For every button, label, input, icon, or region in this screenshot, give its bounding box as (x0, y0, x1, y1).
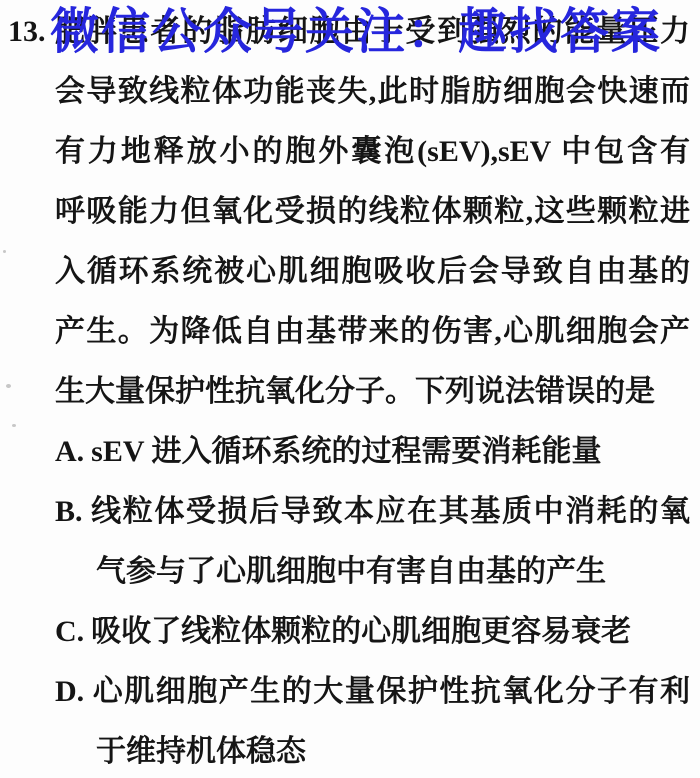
option-c-label: C. (55, 615, 84, 648)
option-b-row: B.线粒体受损后导致本应在其基质中消耗的氧 (0, 482, 700, 542)
option-b-text: 线粒体受损后导致本应在其基质中消耗的氧 (90, 495, 690, 528)
option-d-label: D. (55, 675, 84, 708)
option-d-text: 心肌细胞产生的大量保护性抗氧化分子有利 (91, 675, 690, 708)
stem-line-text: 产生。为降低自由基带来的伤害,心肌细胞会产 (55, 315, 690, 348)
stem-line-text: 有力地释放小的胞外囊泡(sEV),sEV 中包含有 (55, 135, 690, 168)
stem-line-text: 入循环系统被心肌细胞吸收后会导致自由基的 (55, 255, 690, 288)
stem-line: 生大量保护性抗氧化分子。下列说法错误的是 (0, 362, 700, 422)
option-c-row: C.吸收了线粒体颗粒的心肌细胞更容易衰老 (0, 602, 700, 662)
stem-line: 产生。为降低自由基带来的伤害,心肌细胞会产 (0, 302, 700, 362)
option-a-label: A. (55, 435, 84, 468)
exam-scan-page: 微信公众号关注：趣找答案 13. 肥胖患者的脂肪细胞由于受到强烈的能量压力 会导… (0, 0, 700, 778)
option-a-row: A.sEV 进入循环系统的过程需要消耗能量 (0, 422, 700, 482)
option-b-label: B. (55, 495, 83, 528)
stem-line: 有力地释放小的胞外囊泡(sEV),sEV 中包含有 (0, 122, 700, 182)
stem-line-text: 生大量保护性抗氧化分子。下列说法错误的是 (55, 375, 655, 408)
stem-line: 入循环系统被心肌细胞吸收后会导致自由基的 (0, 242, 700, 302)
watermark-text: 微信公众号关注：趣找答案 (50, 6, 662, 58)
stem-line-text: 呼吸能力但氧化受损的线粒体颗粒,这些颗粒进 (55, 195, 690, 228)
option-b-row-continued: 气参与了心肌细胞中有害自由基的产生 (0, 542, 700, 602)
option-d-row: D.心肌细胞产生的大量保护性抗氧化分子有利 (0, 662, 700, 722)
question-number: 13. (8, 2, 46, 62)
option-d-row-continued: 于维持机体稳态 (0, 722, 700, 778)
question-block: 13. 肥胖患者的脂肪细胞由于受到强烈的能量压力 会导致线粒体功能丧失,此时脂肪… (0, 2, 700, 778)
stem-line: 呼吸能力但氧化受损的线粒体颗粒,这些颗粒进 (0, 182, 700, 242)
option-b-text-continued: 气参与了心肌细胞中有害自由基的产生 (96, 555, 606, 588)
stem-line: 会导致线粒体功能丧失,此时脂肪细胞会快速而 (0, 62, 700, 122)
option-a-text: sEV 进入循环系统的过程需要消耗能量 (91, 435, 601, 468)
stem-line-text: 会导致线粒体功能丧失,此时脂肪细胞会快速而 (55, 75, 690, 108)
option-d-text-continued: 于维持机体稳态 (96, 735, 306, 768)
option-c-text: 吸收了线粒体颗粒的心肌细胞更容易衰老 (91, 615, 631, 648)
